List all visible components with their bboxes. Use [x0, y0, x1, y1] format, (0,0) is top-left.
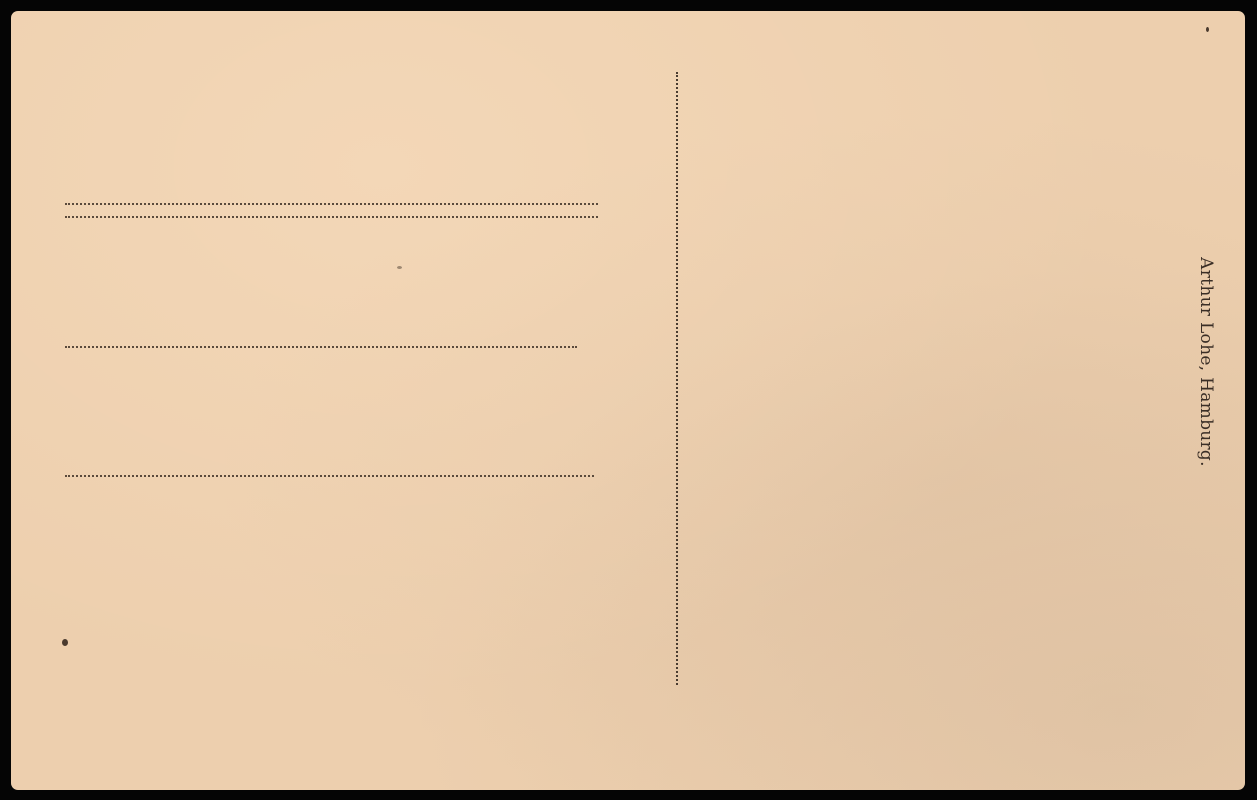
address-line-1a [65, 203, 598, 205]
stain-spot [1206, 27, 1209, 32]
publisher-imprint-text: Arthur Lohe, Hamburg. [1196, 257, 1216, 467]
address-line-2 [65, 346, 577, 348]
stain-spot [62, 639, 68, 646]
center-divider [676, 72, 678, 685]
address-line-3 [65, 475, 594, 477]
stain-spot [397, 266, 402, 269]
postcard-back [11, 11, 1245, 790]
publisher-imprint: Arthur Lohe, Hamburg. [1195, 238, 1217, 486]
address-line-1b [65, 216, 598, 218]
